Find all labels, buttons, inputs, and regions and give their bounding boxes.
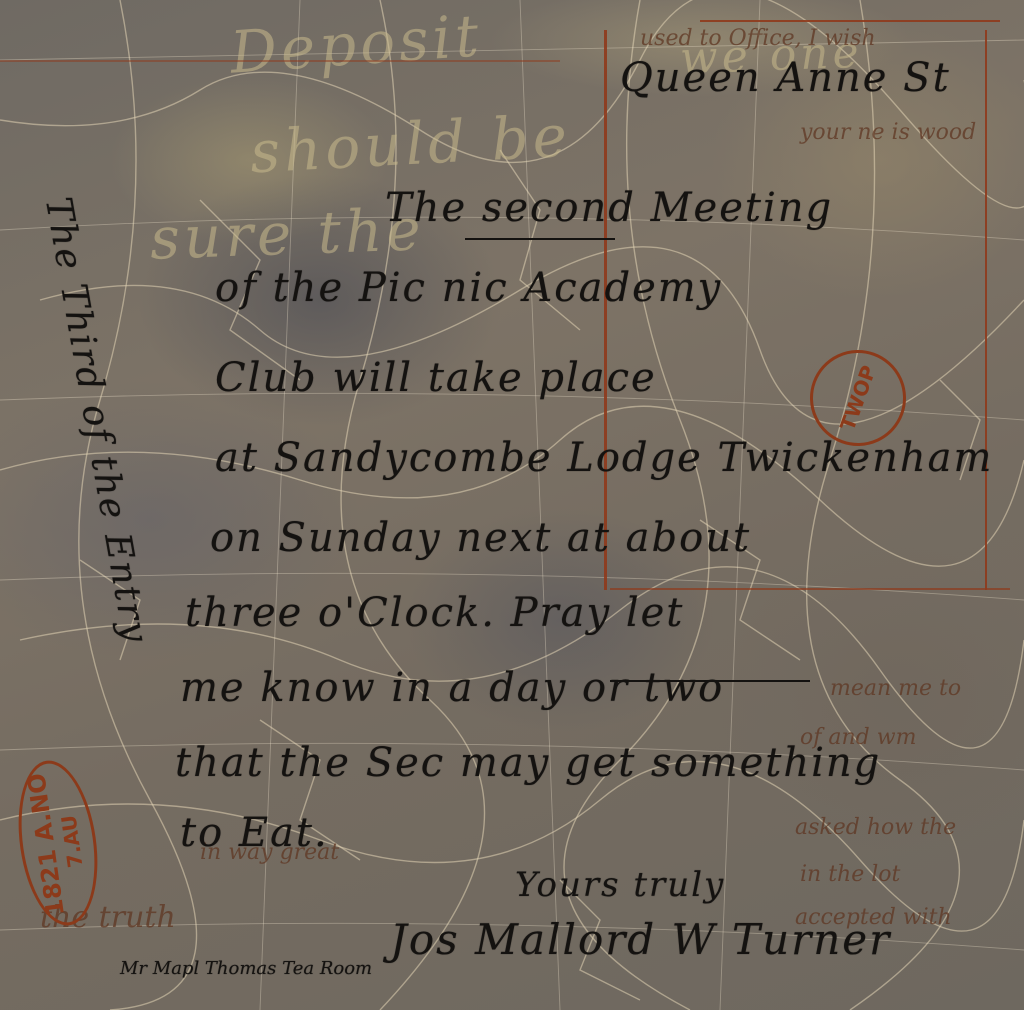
red-rule-line <box>700 20 1000 22</box>
brown-script: in the lot <box>800 862 900 887</box>
brown-script: asked how the <box>795 815 956 840</box>
brown-script: your ne is wood <box>800 120 976 145</box>
underline <box>610 680 810 682</box>
letter-line: three o'Clock. Pray let <box>185 590 684 636</box>
letter-signature: Jos Mallord W Turner <box>390 915 891 964</box>
letter-line: on Sunday next at about <box>210 515 751 561</box>
letter-header: Queen Anne St <box>620 55 951 101</box>
underline <box>465 238 615 240</box>
letter-line: me know in a day or two <box>180 665 724 711</box>
footer-note: Mr Mapl Thomas Tea Room <box>120 958 372 979</box>
red-rule-line <box>0 60 560 62</box>
letter-closing: Yours truly <box>515 865 725 905</box>
letter-line: The second Meeting <box>385 185 833 231</box>
letter-line: to Eat. <box>180 810 329 856</box>
brown-script: used to Office, I wish <box>640 26 876 51</box>
letter-line: at Sandycombe Lodge Twickenham <box>215 435 993 481</box>
artwork-canvas: Deposit should be sure the we one used t… <box>0 0 1024 1010</box>
letter-line: Club will take place <box>215 355 657 401</box>
brown-script: mean me to <box>830 676 961 701</box>
red-rule-line <box>985 30 987 590</box>
letter-line: that the Sec may get something <box>175 740 881 786</box>
letter-line: of the Pic nic Academy <box>215 265 722 311</box>
